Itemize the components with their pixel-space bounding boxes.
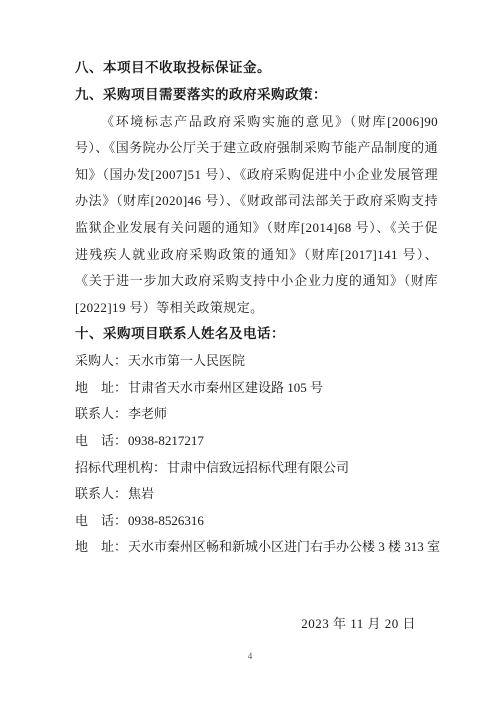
contact-label: 电 话：: [75, 513, 127, 528]
document-date: 2023 年 11 月 20 日: [75, 615, 438, 633]
contact-line-agency-contact: 联系人：焦岩: [75, 481, 438, 508]
contact-value: 天水市第一人民医院: [128, 353, 245, 368]
contact-label: 电 话：: [75, 433, 127, 448]
contact-value: 李老师: [128, 406, 167, 421]
contact-value: 0938-8526316: [128, 513, 204, 528]
contact-label: 地 址：: [75, 380, 127, 395]
contact-value: 天水市秦州区畅和新城小区进门右手办公楼 3 楼 313 室: [128, 539, 440, 554]
contact-value: 焦岩: [128, 486, 154, 501]
contact-label: 招标代理机构：: [75, 460, 166, 475]
contact-value: 甘肃省天水市秦州区建设路 105 号: [128, 380, 323, 395]
contact-line-agency-phone: 电 话：0938-8526316: [75, 508, 438, 535]
contact-line-purchaser-address: 地 址：甘肃省天水市秦州区建设路 105 号: [75, 375, 438, 402]
document-page: 八、本项目不收取投标保证金。 九、采购项目需要落实的政府采购政策： 《环境标志产…: [0, 0, 500, 706]
contact-label: 地 址：: [75, 539, 127, 554]
contact-label: 联系人：: [75, 486, 127, 501]
contact-value: 0938-8217217: [128, 433, 204, 448]
contact-line-purchaser-phone: 电 话：0938-8217217: [75, 428, 438, 455]
page-number: 4: [0, 650, 500, 662]
section-9-heading: 九、采购项目需要落实的政府采购政策：: [75, 82, 438, 109]
contact-label: 联系人：: [75, 406, 127, 421]
contact-label: 采购人：: [75, 353, 127, 368]
policy-paragraph: 《环境标志产品政府采购实施的意见》（财库[2006]90 号）、《国务院办公厅关…: [75, 109, 438, 322]
document-content: 八、本项目不收取投标保证金。 九、采购项目需要落实的政府采购政策： 《环境标志产…: [75, 55, 438, 633]
contact-line-agency: 招标代理机构：甘肃中信致远招标代理有限公司: [75, 455, 438, 482]
contact-line-purchaser-contact: 联系人：李老师: [75, 401, 438, 428]
contact-value: 甘肃中信致远招标代理有限公司: [167, 460, 349, 475]
contact-line-purchaser: 采购人：天水市第一人民医院: [75, 348, 438, 375]
contact-line-agency-address: 地 址：天水市秦州区畅和新城小区进门右手办公楼 3 楼 313 室: [75, 534, 438, 561]
section-8-heading: 八、本项目不收取投标保证金。: [75, 55, 438, 82]
section-10-heading: 十、采购项目联系人姓名及电话：: [75, 321, 438, 348]
